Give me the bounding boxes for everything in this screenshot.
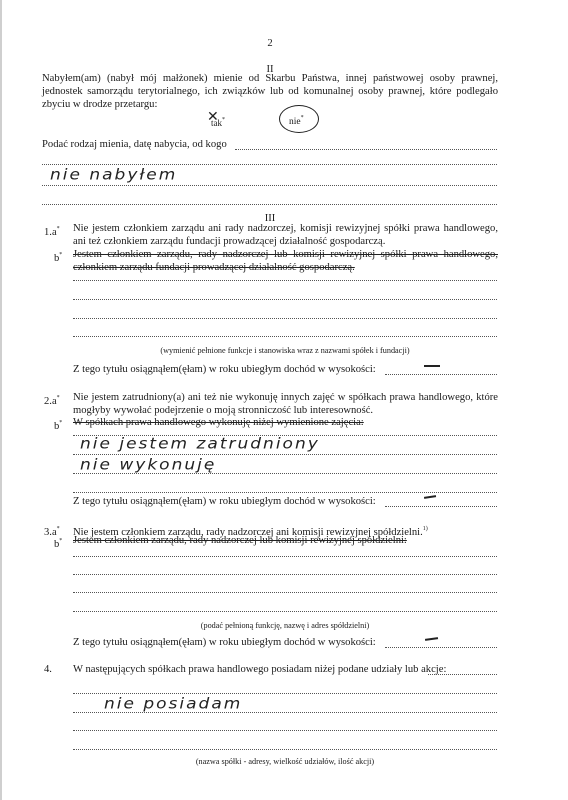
- handwritten-answer-section-2: nie nabyłem: [50, 166, 177, 184]
- details-field-line[interactable]: [235, 148, 497, 150]
- option-no-label: nie: [289, 117, 301, 127]
- item-3b-text-struck: Jestem członkiem zarządu, rady nadzorcze…: [73, 535, 407, 547]
- item-2a-text-line-2: mogłyby wywołać podejrzenie o moją stron…: [73, 405, 373, 417]
- section-2-text-line-2: jednostek samorządu terytorialnego, ich …: [42, 86, 498, 98]
- item-2-field-line[interactable]: [73, 491, 497, 493]
- item-1b-label: b*: [54, 249, 62, 265]
- item-2-field-line[interactable]: [73, 453, 497, 455]
- item-1-field-line[interactable]: [73, 298, 497, 300]
- item-4-label: 4.: [44, 664, 52, 676]
- item-1-caption: (wymienić pełnione funkcje i stanowiska …: [73, 345, 497, 357]
- handwritten-answer-item-2-line-1: nie jestem zatrudniony: [80, 435, 320, 453]
- item-3-field-line[interactable]: [73, 573, 497, 575]
- item-3-field-line[interactable]: [73, 555, 497, 557]
- item-1a-text-line-1: Nie jestem członkiem zarządu ani rady na…: [73, 223, 498, 235]
- item-4-field-line[interactable]: [73, 692, 497, 694]
- item-1a-text-line-2: ani też członkiem zarządu fundacji prowa…: [73, 236, 385, 248]
- option-no-marker: *: [301, 115, 304, 121]
- details-label: Podać rodzaj mienia, datę nabycia, od ko…: [42, 139, 227, 151]
- crossed-out-mark-icon: ✕: [207, 109, 219, 125]
- footnote-marker: 1): [423, 526, 428, 532]
- details-field-line[interactable]: [42, 184, 497, 186]
- item-2-income-label: Z tego tytułu osiągnąłem(ęłam) w roku ub…: [73, 496, 376, 508]
- handwritten-answer-item-2-line-2: nie wykonuję: [80, 456, 216, 474]
- item-3b-label: b*: [54, 535, 62, 551]
- item-2-income-dash: [424, 495, 436, 498]
- details-field-line[interactable]: [42, 163, 497, 165]
- page-number: 2: [0, 38, 540, 50]
- item-3-income-field[interactable]: [385, 646, 497, 648]
- item-4-field-line[interactable]: [428, 673, 497, 675]
- item-1-income-field[interactable]: [385, 373, 497, 375]
- item-2b-label: b*: [54, 417, 62, 433]
- item-3-income-dash: [425, 637, 438, 640]
- section-2-text-line-3: zbyciu w drodze przetargu:: [42, 99, 157, 111]
- item-3-field-line[interactable]: [73, 591, 497, 593]
- item-4-text: W następujących spółkach prawa handloweg…: [73, 664, 446, 676]
- item-4-field-line[interactable]: [73, 748, 497, 750]
- item-1a-label: 1.a*: [44, 223, 60, 239]
- handwritten-answer-item-4: nie posiadam: [104, 695, 242, 713]
- item-1b-text-line-1-struck: Jestem członkiem zarządu, rady nadzorcze…: [73, 249, 498, 261]
- details-field-line[interactable]: [42, 203, 497, 205]
- item-2-income-field[interactable]: [385, 505, 497, 507]
- declaration-page: 2 II Nabyłem(am) (nabył mój małżonek) mi…: [0, 0, 568, 800]
- item-1-field-line[interactable]: [73, 335, 497, 337]
- item-2b-text-struck: W spółkach prawa handlowego wykonuję niż…: [73, 417, 364, 429]
- item-2a-label: 2.a*: [44, 392, 60, 408]
- item-4-caption: (nazwa spółki - adresy, wielkość udziałó…: [73, 756, 497, 768]
- section-2-text-line-1: Nabyłem(am) (nabył mój małżonek) mienie …: [42, 73, 498, 85]
- item-4-field-line[interactable]: [73, 729, 497, 731]
- option-yes-marker: *: [222, 117, 225, 123]
- item-3-caption: (podać pełnioną funkcję, nazwę i adres s…: [73, 620, 497, 632]
- option-no[interactable]: nie*: [289, 112, 304, 128]
- item-1-income-label: Z tego tytułu osiągnąłem(ęłam) w roku ub…: [73, 364, 376, 376]
- item-2a-text-line-1: Nie jestem zatrudniony(a) ani też nie wy…: [73, 392, 498, 404]
- item-1-income-dash: [424, 365, 440, 367]
- item-3-field-line[interactable]: [73, 610, 497, 612]
- item-1-field-line[interactable]: [73, 279, 497, 281]
- item-3-income-label: Z tego tytułu osiągnąłem(ęłam) w roku ub…: [73, 637, 376, 649]
- item-1b-text-line-2-struck: członkiem zarządu fundacji prowadzącej d…: [73, 262, 355, 274]
- item-1-field-line[interactable]: [73, 317, 497, 319]
